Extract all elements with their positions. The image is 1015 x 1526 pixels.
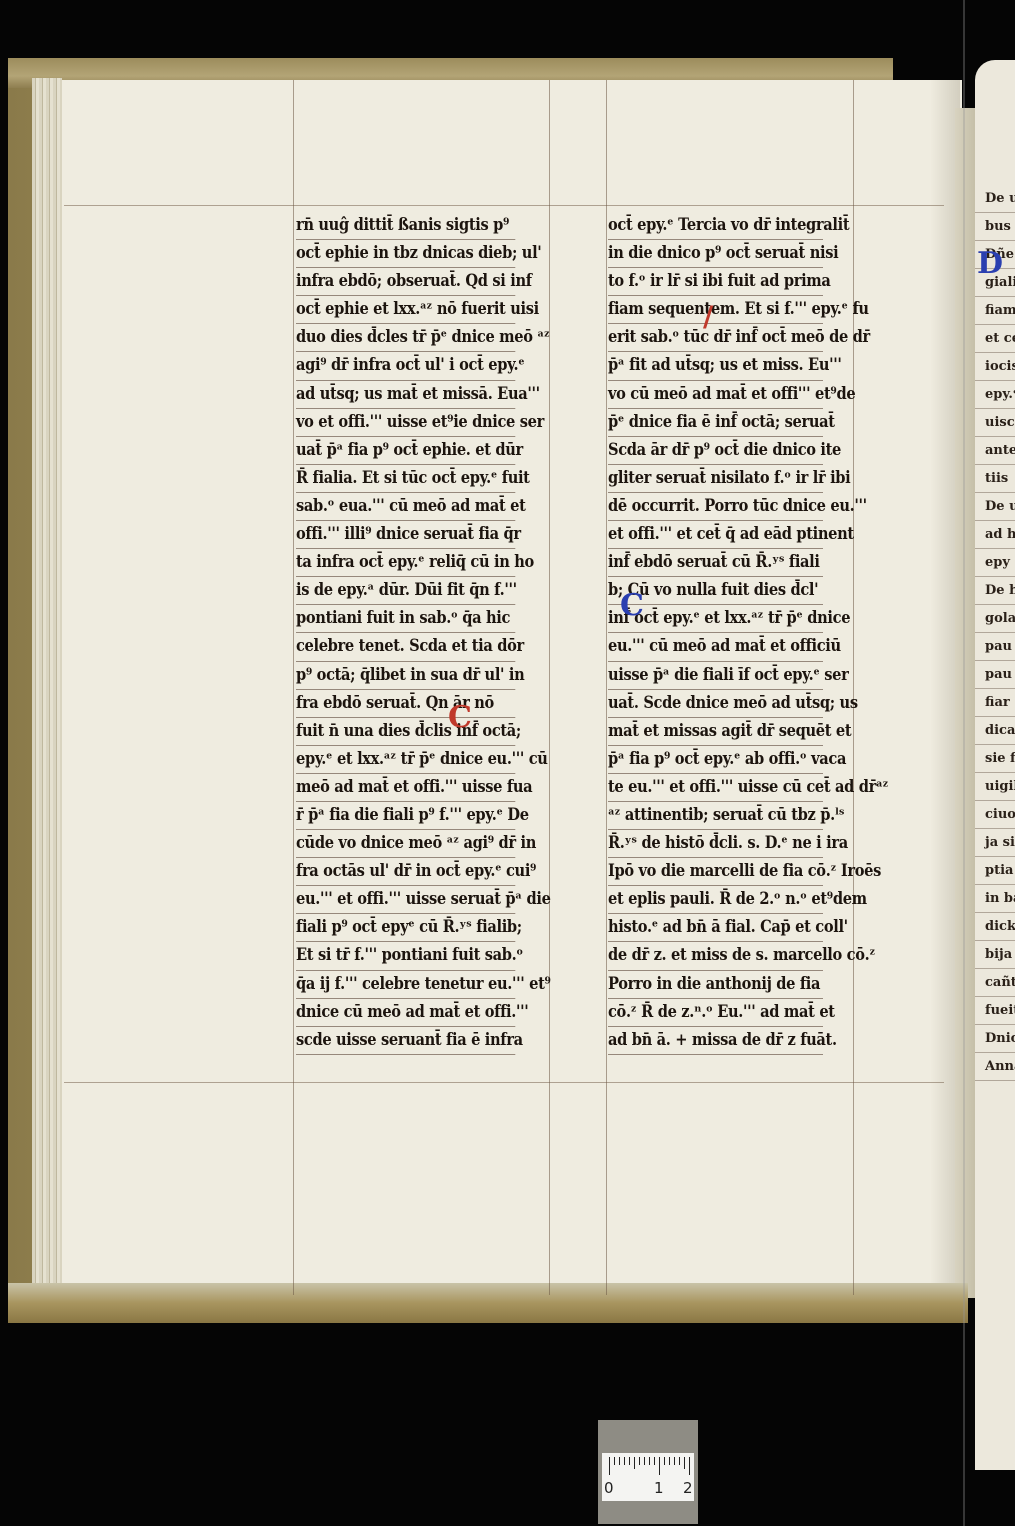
text-line: R̄ fialia. Et si tūc oct̄ epy.ᵉ fuit (296, 465, 515, 493)
text-line: epy.ᵉ et lxx.ᵃᶻ tr̄ p̄ᵉ dnice eu.''' cū (296, 746, 515, 774)
text-line: agi⁹ dr̄ infra oct̄ ul' i oct̄ epy.ᵉ (296, 352, 515, 380)
left-column-margin-rule (293, 80, 294, 1295)
red-initial-c: C (448, 700, 472, 735)
next-page-rubric-line: De uig (975, 185, 1015, 213)
next-page-line: dicaui (975, 717, 1015, 745)
text-line: Scda ār dr̄ p⁹ oct̄ die dnico ite (608, 437, 823, 465)
text-line: inf̄ ebdō seruat̄ cū R̄.ʸˢ fiali (608, 549, 823, 577)
ruler-tick (619, 1457, 620, 1465)
next-page-line: epy sup (975, 549, 1015, 577)
text-line: fra octās ul' dr̄ in oct̄ epy.ᵉ cui⁹ (296, 858, 515, 886)
ruler-label-2: 2 (683, 1479, 693, 1497)
ruler-tick (634, 1457, 635, 1469)
text-line: in die dnico p⁹ oct̄ seruat̄ nisi (608, 240, 823, 268)
text-line: scde uisse seruant̄ fia ē infra (296, 1027, 515, 1055)
next-page-line: tiis (975, 465, 1015, 493)
text-line: dē occurrit. Porro tūc dnice eu.''' (608, 493, 823, 521)
ruler-tick (684, 1457, 685, 1469)
text-line: offi.''' illi⁹ dnice seruat̄ fia q̄r (296, 521, 515, 549)
next-page-line: pau ut (975, 661, 1015, 689)
text-line: fiam sequentem. Et si f.''' epy.ᵉ fu (608, 296, 823, 324)
next-page-line: in bacoui (975, 885, 1015, 913)
text-line: r̄ p̄ᵃ fia die fiali p⁹ f.''' epy.ᵉ De (296, 802, 515, 830)
next-page-line: uiscau (975, 409, 1015, 437)
text-line: ta infra oct̄ epy.ᵉ reliq̄ cū in ho (296, 549, 515, 577)
text-line: dnice cū meō ad mat̄ et offi.''' (296, 999, 515, 1027)
glass-plate-edge (963, 0, 965, 1526)
next-page-blue-initial: D (977, 246, 1003, 281)
ruler-tick (649, 1457, 650, 1465)
next-page-line: et ceteror (975, 325, 1015, 353)
ruler-tick (614, 1457, 615, 1465)
ruler-tick (664, 1457, 665, 1465)
next-page-line: uigiliae (975, 773, 1015, 801)
right-column-left-rule (606, 80, 607, 1295)
text-line: fuit n̄ una dies d̄clis inf̄ octā; (296, 718, 515, 746)
text-line: et eplis pauli. R̄ de 2.ᵒ n.ᵒ et⁹dem (608, 886, 823, 914)
text-line: eu.''' cū meō ad mat̄ et officiū (608, 633, 823, 661)
text-line: Ipō vo die marcelli de fia cō.ᶻ Iroēs (608, 858, 823, 886)
next-page-line: gola d (975, 605, 1015, 633)
text-line: sab.ᵒ eua.''' cū meō ad mat̄ et (296, 493, 515, 521)
text-line: vo et offi.''' uisse et⁹ie dnice ser (296, 409, 515, 437)
text-line: Porro in die anthonij de fia (608, 971, 823, 999)
next-page-line: Anna q (975, 1053, 1015, 1081)
ruler-label-0: 0 (604, 1479, 614, 1497)
text-line: ad ut̄sq; us mat̄ et missā. Eua''' (296, 381, 515, 409)
next-page-line: iocis de (975, 353, 1015, 381)
next-page-rubric-line: bus et (975, 213, 1015, 241)
text-line: et offi.''' et cet̄ q̄ ad eād ptinent (608, 521, 823, 549)
text-line: p̄ᵃ fit ad ut̄sq; us et miss. Eu''' (608, 352, 823, 380)
ruler-tick (639, 1457, 640, 1465)
next-page-line: fueit u (975, 997, 1015, 1025)
next-page-line: bija ar (975, 941, 1015, 969)
ruler-tick-major (609, 1457, 610, 1475)
text-line: te eu.''' et offi.''' uisse cū cet̄ ad d… (608, 774, 823, 802)
page-gutter-curl (955, 108, 975, 1298)
text-line: vo cū meō ad mat̄ et offi''' et⁹de (608, 381, 823, 409)
next-page-line: sie fia (975, 745, 1015, 773)
text-line: histo.ᵉ ad bn̄ ā fial. Cap̄ et coll' (608, 914, 823, 942)
next-page-line: De hic (975, 577, 1015, 605)
left-text-column: rn̄ uuĝ dittit̄ ßanis sigtis p⁹ oct̄ eph… (296, 212, 551, 1055)
text-line: fra ebdō seruat̄. Qn ār nō (296, 690, 515, 718)
ruler-tick (674, 1457, 675, 1465)
blue-initial-c: C (620, 588, 644, 623)
text-line: meō ad mat̄ et offi.''' uisse fua (296, 774, 515, 802)
ruler-tick-major (689, 1457, 690, 1475)
text-line: oct̄ ephie et lxx.ᵃᶻ nō fuerit uisi (296, 296, 515, 324)
binding-bottom-edge (8, 1283, 968, 1323)
next-page-line: ad huic (975, 521, 1015, 549)
next-page-line: fiam ut (975, 297, 1015, 325)
ruler-tick-major (659, 1457, 660, 1475)
next-page-line: ja siuc (975, 829, 1015, 857)
text-line: rn̄ uuĝ dittit̄ ßanis sigtis p⁹ (296, 212, 515, 240)
text-line: mat̄ et missas agit̄ dr̄ sequēt et (608, 718, 823, 746)
text-line: cō.ᶻ R̄ de z.ⁿ.ᵒ Eu.''' ad mat̄ et (608, 999, 823, 1027)
text-line: eu.''' et offi.''' uisse seruat̄ p̄ᵃ die (296, 886, 515, 914)
text-line: is de epy.ᵃ dūr. Dūi fit q̄n f.''' (296, 577, 515, 605)
right-text-column: oct̄ epy.ᵉ Tercia vo dr̄ integralit̄ in … (608, 212, 858, 1055)
red-paragraph-mark: / (703, 300, 713, 333)
next-page-line: epy.ᵉ fuit (975, 381, 1015, 409)
text-line: ᵃᶻ attinentib; seruat̄ cū tbz p̄.ˡˢ (608, 802, 823, 830)
text-line: fiali p⁹ oct̄ epyᵉ cū R̄.ʸˢ fialib; (296, 914, 515, 942)
next-page-line: De un (975, 493, 1015, 521)
text-line: uat̄ p̄ᵃ fia p⁹ oct̄ ephie. et dūr (296, 437, 515, 465)
next-page-line: fiar (975, 689, 1015, 717)
scale-ruler: 0 1 2 (598, 1420, 698, 1524)
text-line: p⁹ octā; q̄libet in sua dr̄ ul' in (296, 662, 515, 690)
text-line: pontiani fuit in sab.ᵒ q̄a hic (296, 605, 515, 633)
text-line: erit sab.ᵒ tūc dr̄ inf̄ oct̄ meō de dr̄ (608, 324, 823, 352)
text-line: uisse p̄ᵃ die fiali īf oct̄ epy.ᵉ ser (608, 662, 823, 690)
next-page-line: ciuo q (975, 801, 1015, 829)
text-line: R̄.ʸˢ de histō d̄cli. s. D.ᵉ ne i ira (608, 830, 823, 858)
next-page-line: ante u (975, 437, 1015, 465)
ruler-tick (679, 1457, 680, 1465)
ruler-label-1: 1 (654, 1479, 664, 1497)
top-ruling-line (64, 205, 944, 206)
text-line: infra ebdō; obseruat̄. Qd si inf (296, 268, 515, 296)
text-line: p̄ᵉ dnice fia ē inf̄ octā; seruat̄ (608, 409, 823, 437)
text-line: duo dies d̄cles tr̄ p̄ᵉ dnice meō ᵃᶻ (296, 324, 515, 352)
text-line: ad bn̄ ā. + missa de dr̄ z fuāt. (608, 1027, 823, 1055)
text-line: q̄a ij f.''' celebre tenetur eu.''' et⁹ (296, 971, 515, 999)
text-line: gliter seruat̄ nisilato f.ᵒ ir lr̄ ibi (608, 465, 823, 493)
ruler-scale-strip: 0 1 2 (602, 1453, 694, 1501)
text-line: uat̄. Scde dnice meō ad ut̄sq; us (608, 690, 823, 718)
bottom-ruling-line (64, 1082, 944, 1083)
text-line: p̄ᵃ fia p⁹ oct̄ epy.ᵉ ab offi.ᵒ vaca (608, 746, 823, 774)
text-line: oct̄ ephie in tbz dnicas dieb; ul' (296, 240, 515, 268)
text-line: de dr̄ z. et miss de s. marcello cō.ᶻ (608, 942, 823, 970)
next-page-line: pau in (975, 633, 1015, 661)
next-page-line: ptia ui (975, 857, 1015, 885)
text-line: oct̄ epy.ᵉ Tercia vo dr̄ integralit̄ (608, 212, 823, 240)
text-line: celebre tenet. Scda et tia dōr (296, 633, 515, 661)
ruler-tick (629, 1457, 630, 1465)
ruler-tick (669, 1457, 670, 1465)
ruler-tick (654, 1457, 655, 1465)
text-line: Et si tr̄ f.''' pontiani fuit sab.ᵒ (296, 942, 515, 970)
ruler-tick (644, 1457, 645, 1465)
next-page-line: Dnici (975, 1025, 1015, 1053)
next-page-line: dicka fa (975, 913, 1015, 941)
text-line: to f.ᵒ ir lr̄ si ibi fuit ad prima (608, 268, 823, 296)
next-page-fragment: De uig bus et Dñe p gialis fiam ut et ce… (975, 60, 1015, 1470)
next-page-line: cañt (975, 969, 1015, 997)
ruler-tick (624, 1457, 625, 1465)
page-fore-edges (32, 78, 62, 1293)
text-line: cūde vo dnice meō ᵃᶻ agi⁹ dr̄ in (296, 830, 515, 858)
